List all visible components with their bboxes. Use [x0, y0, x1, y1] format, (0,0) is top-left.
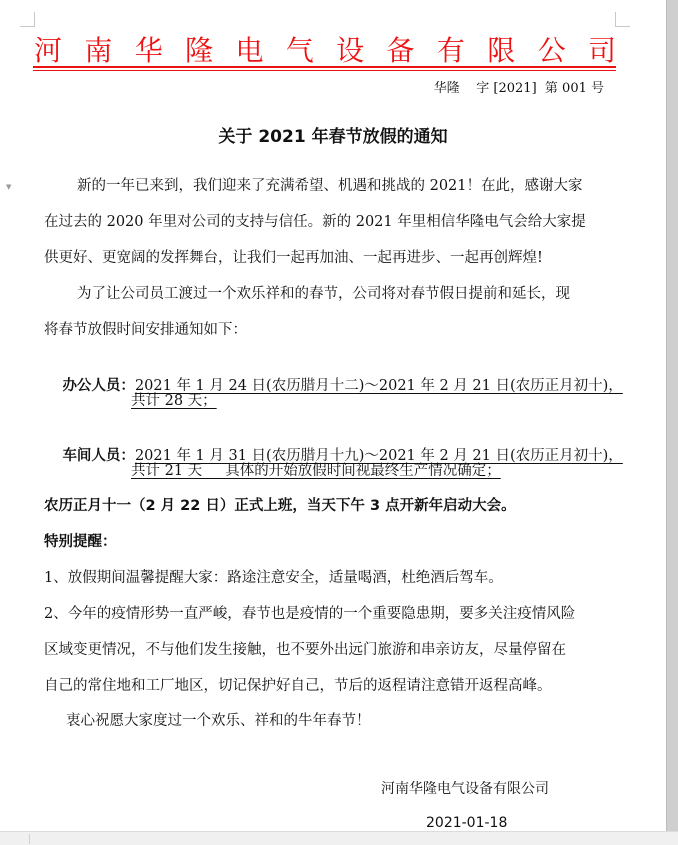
- paragraph-collapse-icon[interactable]: ▼: [6, 183, 11, 191]
- arrangement-line-1: 为了让公司员工渡过一个欢乐祥和的春节，公司将对春节假日提前和延长，现: [77, 284, 570, 304]
- reminder-item-1: 1、放假期间温馨提醒大家：路途注意安全，适量喝酒，杜绝酒后驾车。: [44, 568, 503, 588]
- vertical-scrollbar[interactable]: [666, 0, 678, 831]
- intro-line-2: 在过去的 2020 年里对公司的支持与信任。新的 2021 年里相信华隆电气会给…: [44, 212, 586, 232]
- workshop-staff-label: 车间人员：: [62, 448, 135, 464]
- greeting: 衷心祝愿大家度过一个欢乐、祥和的牛年春节！: [66, 711, 371, 731]
- reminder-item-2-line-2: 区域变更情况，不与他们发生接触，也不要外出远门旅游和串亲访友，尽量停留在: [44, 640, 566, 660]
- workshop-staff-total: 共计 21 天 具体的开始放假时间视最终生产情况确定；: [131, 461, 501, 481]
- status-bar-divider: [29, 834, 30, 844]
- letterhead-char: 华: [135, 34, 163, 68]
- letterhead-rule-thick: [33, 66, 616, 68]
- reminder-item-2-line-3: 自己的常住地和工厂地区，切记保护好自己，节后的返程请注意错开返程高峰。: [44, 676, 552, 696]
- status-bar: [0, 831, 678, 845]
- letterhead-char: 隆: [185, 34, 213, 68]
- letterhead-char: 设: [336, 34, 364, 68]
- letterhead-char: 电: [235, 34, 263, 68]
- office-staff-total: 共计 28 天；: [131, 391, 217, 411]
- arrangement-line-2: 将春节放假时间安排通知如下：: [44, 320, 247, 340]
- company-letterhead: 河 南 华 隆 电 气 设 备 有 限 公 司: [34, 34, 616, 68]
- letterhead-char: 南: [84, 34, 112, 68]
- page-corner-mark-left: [20, 12, 35, 27]
- letterhead-char: 司: [588, 34, 616, 68]
- signature-company: 河南华隆电气设备有限公司: [381, 778, 549, 798]
- document-page: ▼ 河 南 华 隆 电 气 设 备 有 限 公 司 华隆 字 [2021] 第 …: [0, 0, 666, 831]
- intro-line-1: 新的一年已来到，我们迎来了充满希望、机遇和挑战的 2021！在此，感谢大家: [77, 176, 583, 196]
- letterhead-rule-thin: [33, 70, 616, 71]
- letterhead-char: 有: [437, 34, 465, 68]
- notice-title: 关于 2021 年春节放假的通知: [0, 122, 666, 147]
- letterhead-char: 气: [286, 34, 314, 68]
- office-staff-label: 办公人员：: [62, 378, 135, 394]
- letterhead-char: 限: [487, 34, 515, 68]
- intro-line-3: 供更好、更宽阔的发挥舞台，让我们一起再加油、一起再进步、一起再创辉煌!: [44, 248, 543, 268]
- letterhead-char: 备: [387, 34, 415, 68]
- reminder-item-2-line-1: 2、今年的疫情形势一直严峻，春节也是疫情的一个重要隐患期，要多关注疫情风险: [44, 604, 575, 624]
- document-number: 华隆 字 [2021] 第 001 号: [434, 80, 604, 98]
- page-corner-mark-right: [615, 12, 630, 27]
- signature-date: 2021-01-18: [426, 815, 507, 831]
- letterhead-char: 公: [538, 34, 566, 68]
- return-to-work-notice: 农历正月十一（2 月 22 日）正式上班，当天下午 3 点开新年启动大会。: [44, 496, 516, 516]
- reminder-heading: 特别提醒：: [44, 532, 117, 552]
- letterhead-char: 河: [34, 34, 62, 68]
